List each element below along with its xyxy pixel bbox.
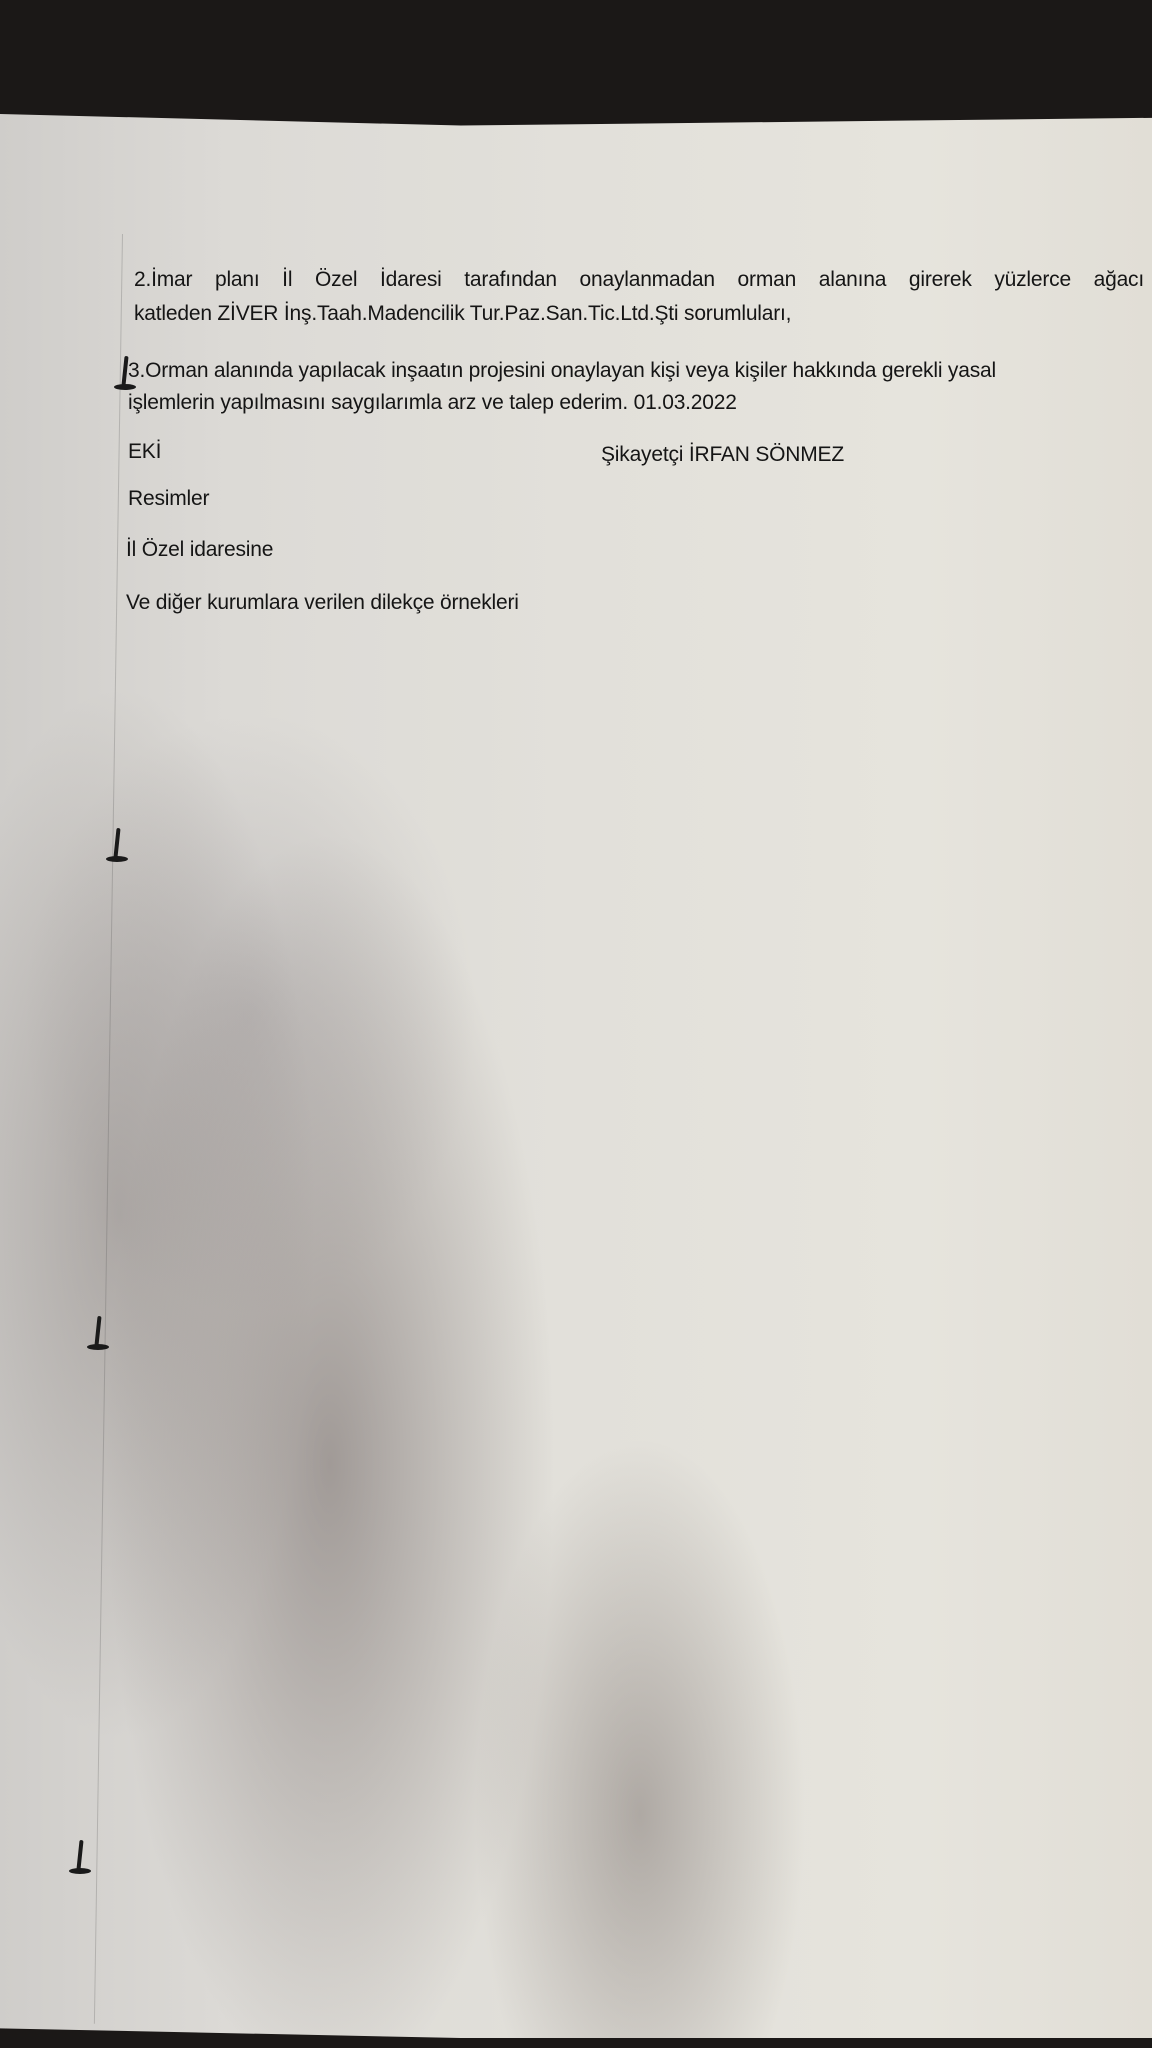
margin-fold-line [94, 234, 123, 2024]
item-3-line-2: işlemlerin yapılmasını saygılarımla arz … [128, 391, 737, 415]
attachment-item: Resimler [128, 487, 209, 511]
dark-surface-top [0, 0, 1152, 120]
item-2-line-2: katleden ZİVER İnş.Taah.Madencilik Tur.P… [134, 302, 791, 326]
ink-mark-icon [91, 1316, 105, 1354]
ink-mark-icon [118, 356, 132, 394]
attachments-heading: EKİ [128, 440, 161, 464]
attachment-item: İl Özel idaresine [126, 538, 273, 562]
item-2-line-1: 2.İmar planı İl Özel İdaresi tarafından … [134, 268, 1144, 292]
item-3-line-1: 3.Orman alanında yapılacak inşaatın proj… [128, 359, 996, 383]
ink-mark-icon [110, 828, 124, 866]
attachment-item: Ve diğer kurumlara verilen dilekçe örnek… [126, 591, 519, 615]
signature-line: Şikayetçi İRFAN SÖNMEZ [601, 443, 844, 467]
ink-mark-icon [73, 1840, 87, 1878]
